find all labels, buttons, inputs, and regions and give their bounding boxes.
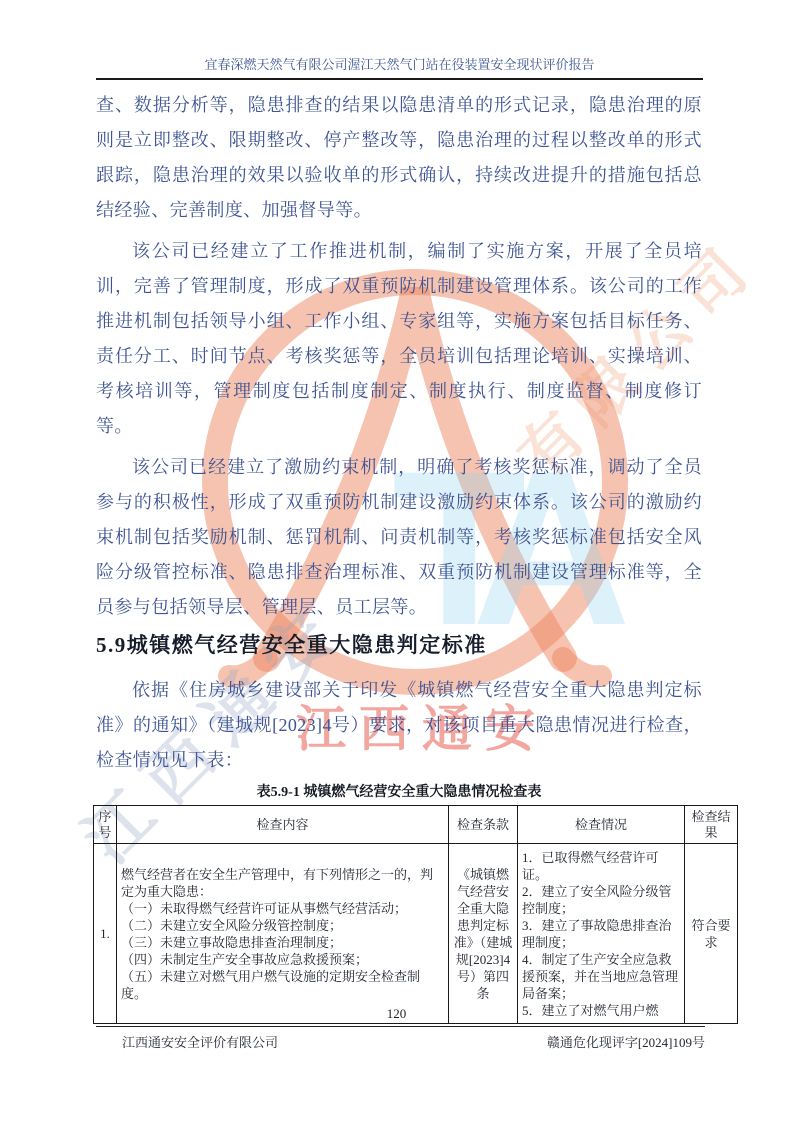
section-heading-5-9: 5.9城镇燃气经营安全重大隐患判定标准 xyxy=(96,631,702,659)
cell-inspection-clause: 《城镇燃气经营安全重大隐患判定标准》（建城规[2023]4号）第四条 xyxy=(449,844,518,1024)
col-header-content: 检查内容 xyxy=(117,806,449,844)
document-page: TA 江西通安 有限公司 江西通安 宜春深燃天然气有限公司渥江天然气门站在役装置… xyxy=(0,0,793,1122)
cell-inspection-situation: 1．已取得燃气经营许可证。 2．建立了安全风险分级管控制度； 3．建立了事故隐患… xyxy=(518,844,685,1024)
page-body: 查、数据分析等，隐患排查的结果以隐患清单的形式记录，隐患治理的原则是立即整改、限… xyxy=(96,88,702,1024)
cell-inspection-result: 符合要求 xyxy=(685,844,738,1024)
paragraph-basis-of-inspection: 依据《住房城乡建设部关于印发《城镇燃气经营安全重大隐患判定标准》的通知》（建城规… xyxy=(96,673,702,778)
col-header-situation: 检查情况 xyxy=(518,806,685,844)
cell-inspection-content: 燃气经营者在安全生产管理中，有下列情形之一的，判定为重大隐患： （一）未取得燃气… xyxy=(117,844,449,1024)
table-header-row: 序号 检查内容 检查条款 检查情况 检查结果 xyxy=(94,806,738,844)
page-header-title: 宜春深燃天然气有限公司渥江天然气门站在役装置安全现状评价报告 xyxy=(96,54,703,80)
col-header-serial: 序号 xyxy=(94,806,117,844)
page-number: 120 xyxy=(0,1006,793,1022)
col-header-clause: 检查条款 xyxy=(449,806,518,844)
paragraph-hidden-danger-treatment: 查、数据分析等，隐患排查的结果以隐患清单的形式记录，隐患治理的原则是立即整改、限… xyxy=(96,88,702,228)
table-caption: 表5.9-1 城镇燃气经营安全重大隐患情况检查表 xyxy=(96,784,702,802)
footer-company-name: 江西通安安全评价有限公司 xyxy=(96,1032,278,1051)
page-footer: 江西通安安全评价有限公司 赣通危化现评字[2024]109号 xyxy=(96,1026,705,1051)
col-header-result: 检查结果 xyxy=(685,806,738,844)
paragraph-incentive-mechanism: 该公司已经建立了激励约束机制，明确了考核奖惩标准，调动了全员参与的积极性，形成了… xyxy=(96,450,702,625)
footer-document-number: 赣通危化现评字[2024]109号 xyxy=(547,1032,705,1051)
table-row: 1. 燃气经营者在安全生产管理中，有下列情形之一的，判定为重大隐患： （一）未取… xyxy=(94,844,738,1024)
major-hazard-inspection-table: 序号 检查内容 检查条款 检查情况 检查结果 1. 燃气经营者在安全生产管理中，… xyxy=(93,805,738,1024)
cell-serial-number: 1. xyxy=(94,844,117,1024)
paragraph-work-promotion-mechanism: 该公司已经建立了工作推进机制，编制了实施方案，开展了全员培训，完善了管理制度，形… xyxy=(96,234,702,444)
